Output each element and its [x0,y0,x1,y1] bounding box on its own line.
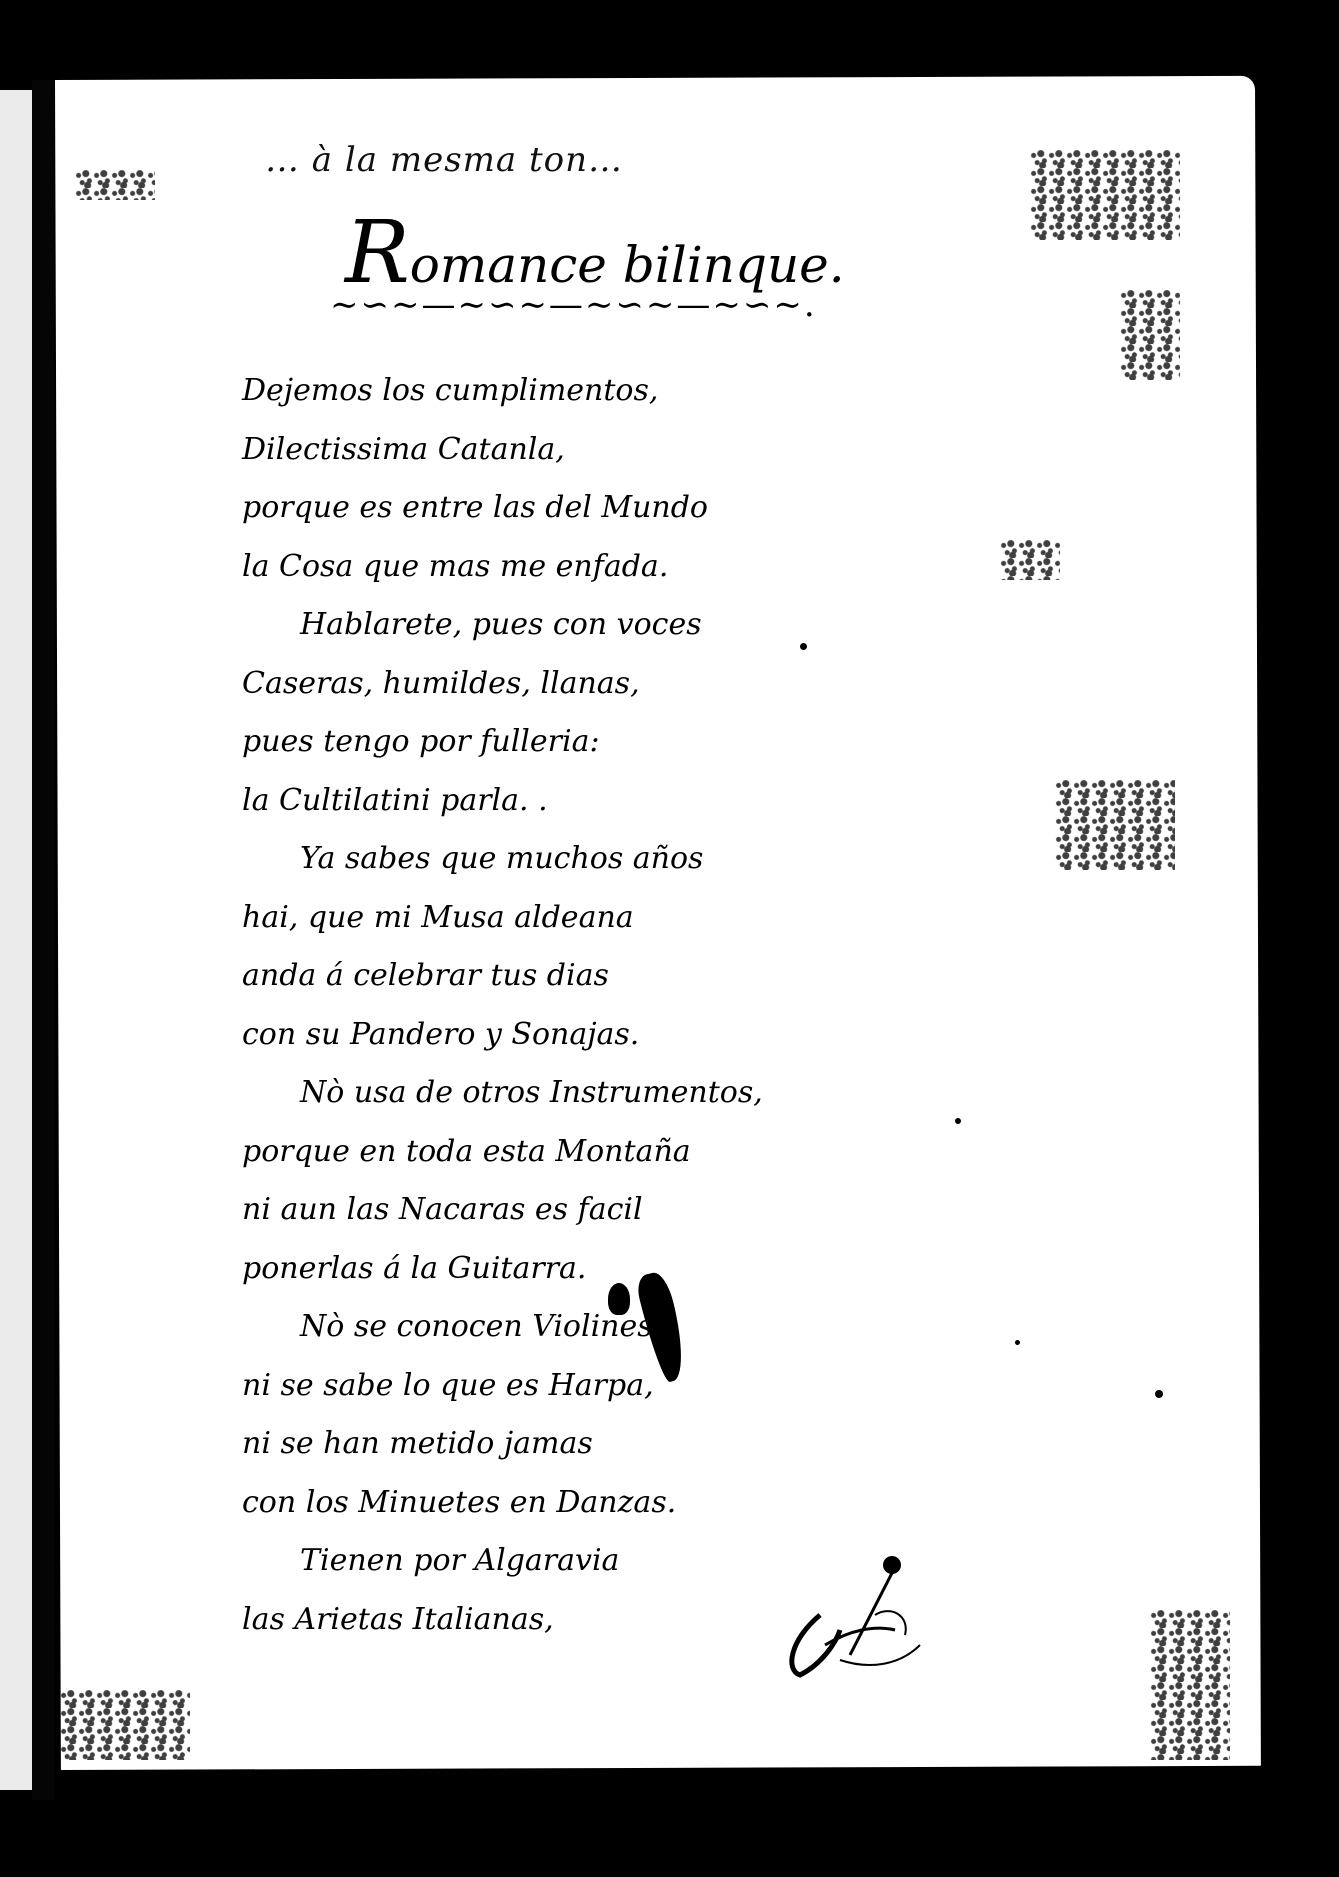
scan-noise-left-top [75,170,155,200]
ink-blot-icon [608,1283,630,1315]
ink-speck [1015,1340,1020,1345]
verse-line: porque es entre las del Mundo [242,479,1002,538]
scan-noise-right-lower [1055,780,1175,870]
verse-line: la Cosa que mas me enfada. [242,538,1002,597]
verse-line: ni aun las Nacaras es facil [242,1181,1002,1240]
ink-speck [1155,1390,1163,1398]
verse-line: Caseras, humildes, llanas, [242,655,1002,714]
title-flourish: ∼∽∼—∼∽∼—∼∽∼—∼∽∼. [330,285,817,325]
scan-noise-right-mid [1000,540,1060,580]
verse-line: Dejemos los cumplimentos, [242,362,1002,421]
verse-line: pues tengo por fulleria: [242,713,1002,772]
verse-line: porque en toda esta Montaña [242,1123,1002,1182]
poem-body: Dejemos los cumplimentos, Dilectissima C… [242,362,1002,1649]
scan-noise-right-upper [1120,290,1180,380]
verse-line: ni se han metido jamas [242,1415,1002,1474]
verse-line: anda á celebrar tus dias [242,947,1002,1006]
signature-rubric-icon [780,1545,930,1685]
verse-line: la Cultilatini parla. . [242,772,1002,831]
scan-noise-bottom-left [60,1690,190,1760]
verse-line: ni se sabe lo que es Harpa, [242,1357,1002,1416]
verse-line: con los Minuetes en Danzas. [242,1474,1002,1533]
header-note: … à la mesma ton… [265,140,623,180]
page-title: Romance bilinque. [345,210,845,296]
verse-line: Nò usa de otros Instrumentos, [242,1064,1002,1123]
verse-line: Dilectissima Catanla, [242,421,1002,480]
binding-gutter [32,80,54,1800]
verse-line: Ya sabes que muchos años [242,830,1002,889]
verse-line: con su Pandero y Sonajas. [242,1006,1002,1065]
verse-line: hai, que mi Musa aldeana [242,889,1002,948]
verse-line: Hablarete, pues con voces [242,596,1002,655]
scan-noise-bottom-right [1150,1610,1230,1760]
scan-noise-top-right [1030,150,1180,240]
